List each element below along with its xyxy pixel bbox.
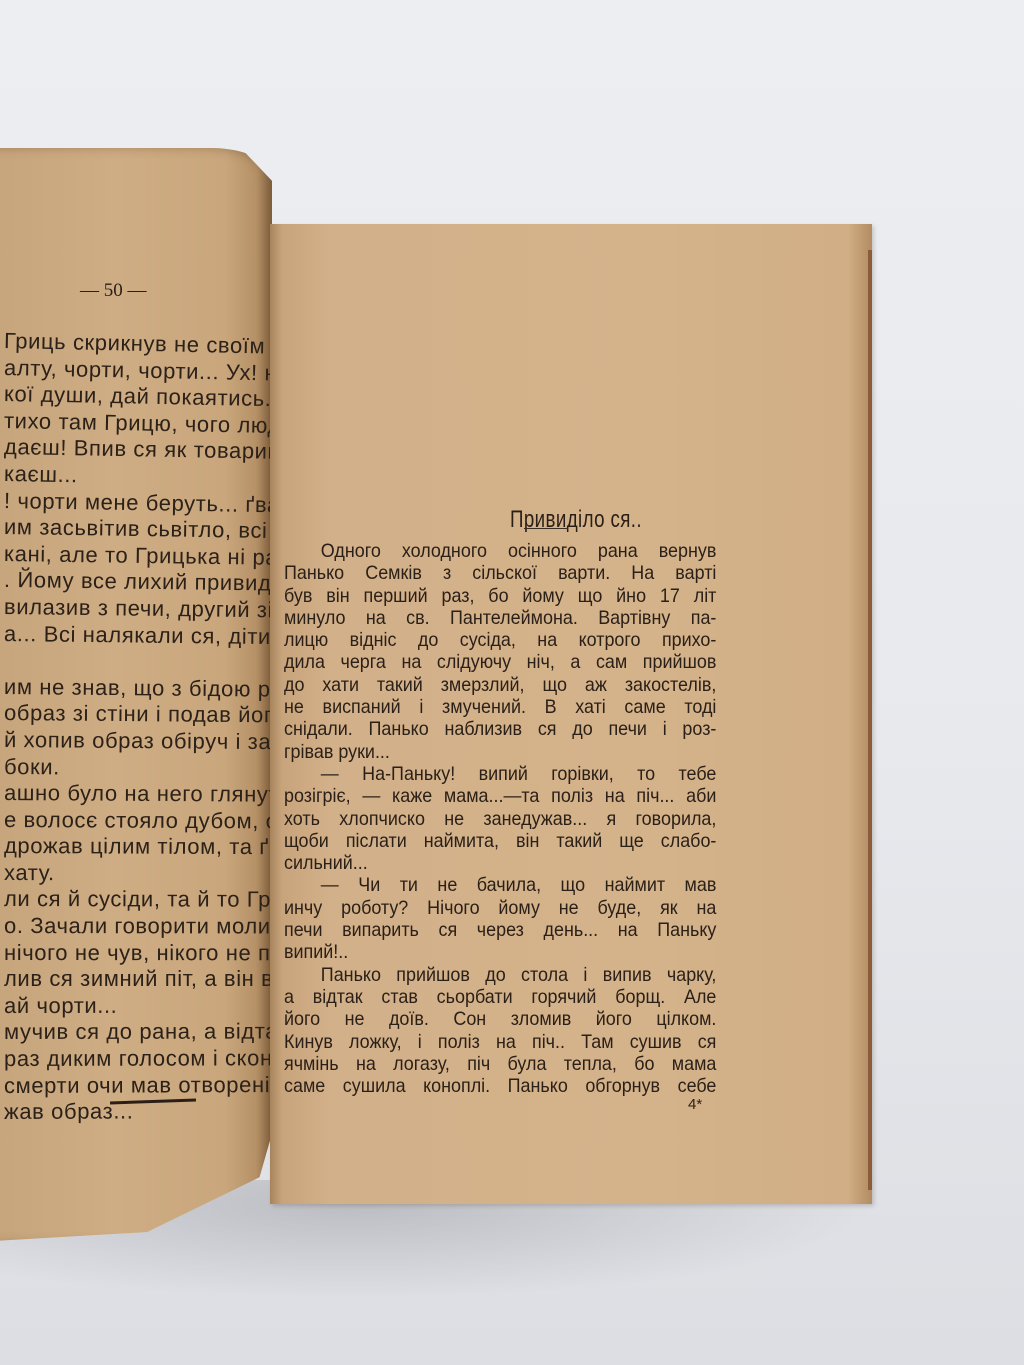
text-line: лицю відніс до сусіда, на котрого прихо- [284, 629, 716, 651]
text-line: розігріє, — каже мама...—та поліз на піч… [284, 785, 716, 807]
text-line: саме сушила коноплі. Панько обгорнув себ… [284, 1075, 716, 1097]
text-line: инчу роботу? Нічого йому не буде, як на [284, 897, 716, 919]
text-line: им не знав, що з бідою робит [4, 674, 272, 703]
page-number: — 50 — [80, 280, 147, 302]
text-line: Кинув ложку, і поліз на піч.. Там сушив … [284, 1031, 716, 1053]
text-line: — На-Паньку! випий горівки, то тебе [284, 763, 716, 785]
text-line [4, 647, 272, 677]
text-line: грівав руки... [284, 741, 716, 763]
title-rule [524, 528, 568, 529]
right-page-text: Одного холодного осінного рана вернувПан… [284, 540, 716, 1097]
chapter-title: Привиділо ся.. [337, 506, 814, 534]
text-line: печи випарить ся через день... на Паньку [284, 919, 716, 941]
text-line: хоть хлопчиско не занедужав... я говорил… [284, 808, 716, 830]
text-line: дила черга на слідуючу ніч, а сам прийшо… [284, 651, 716, 673]
text-line: нічого не чув, нікого не пізн [4, 940, 272, 967]
text-line: образ зі стіни і подав його Г [4, 700, 272, 729]
right-page: Привиділо ся.. Одного холодного осінного… [270, 224, 872, 1204]
text-line: лив ся зимний піт, а він все [4, 966, 272, 993]
text-line: випий!.. [284, 941, 716, 963]
text-line: дрожав цілим тілом, та ґвалт [4, 833, 272, 861]
text-line: Панько прийшов до стола і випив чарку, [284, 964, 716, 986]
text-line: е волосє стояло дубом, очи [4, 807, 272, 835]
text-line: мучив ся до рана, а відтак с [4, 1019, 272, 1046]
text-line: а відтак став сьорбати горячий борщ. Але [284, 986, 716, 1008]
text-line: вилазив з печи, другий зі ст [4, 594, 272, 624]
text-line: й хопив образ обіруч і засл [4, 727, 272, 756]
text-line: ай чорти... [4, 993, 272, 1020]
text-line: хату. [4, 860, 272, 888]
left-page: — 50 — Гриць скрикнув не своїмалту, чорт… [0, 148, 272, 1243]
text-line: його не доїв. Сон зломив його цілком. [284, 1008, 716, 1030]
text-line: раз диким голосом і сконав. [4, 1045, 272, 1072]
text-line: щоби післати наймита, він такий ще слабо… [284, 830, 716, 852]
text-line: смерти очи мав отворені, а [4, 1072, 272, 1100]
text-line: ашно було на него глянути. Р [4, 780, 272, 808]
text-line: — Чи ти не бачила, що наймит мав [284, 874, 716, 896]
text-line: о. Зачали говорити молитви – [4, 913, 272, 940]
text-line: . Йому все лихий привиджу [4, 567, 272, 597]
signature-mark: 4* [688, 1096, 702, 1113]
text-line: минуло на св. Пантелеймона. Вартівну па- [284, 607, 716, 629]
text-line: Одного холодного осінного рана вернув [284, 540, 716, 562]
text-line: Панько Семків з сільскої варти. На варті [284, 562, 716, 584]
text-line: а... Всі налякали ся, діти ст [4, 621, 272, 651]
text-line: був він перший раз, бо йому що йно 17 лі… [284, 585, 716, 607]
page-edge [868, 250, 872, 1190]
text-line: сильний... [284, 852, 716, 874]
text-line: ячмінь на логазу, піч була тепла, бо мам… [284, 1053, 716, 1075]
text-line: до хати такий змерзлий, що аж закостелів… [284, 674, 716, 696]
text-line: снідали. Панько наблизив ся до печи і ро… [284, 718, 716, 740]
text-line: не виспаний і змучений. В хаті саме тоді [284, 696, 716, 718]
text-line: им засьвітив сьвітло, всі прокин [4, 514, 272, 545]
text-line: ли ся й сусіди, та й то Гриш [4, 886, 272, 913]
text-line: боки. [4, 754, 272, 783]
left-page-text: Гриць скрикнув не своїмалту, чорти, чорт… [4, 328, 272, 1126]
